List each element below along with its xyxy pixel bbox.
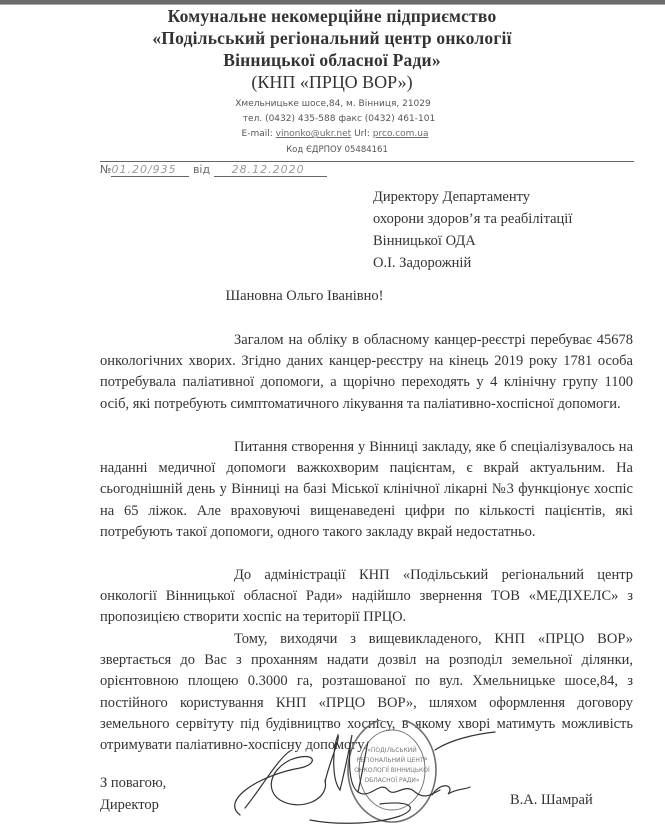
addressee-line: охорони здоров’я та реабілітації [373, 208, 572, 230]
letterhead-line-2: «Подільський регіональний центр онкологі… [0, 28, 665, 49]
reference-line: №01.20/935 від 28.12.2020 [100, 163, 327, 177]
letterhead-email-url: E-mail: vinonko@ukr.net Url: prco.com.ua [0, 129, 665, 139]
email-label: E-mail: [242, 129, 273, 139]
letterhead-abbreviation: (КНП «ПРЦО ВОР») [0, 72, 665, 93]
paragraph-text: Загалом на обліку в обласному канцер-реє… [100, 332, 633, 412]
addressee-line: Директору Департаменту [373, 186, 572, 208]
signatory-name: В.А. Шамрай [510, 792, 593, 809]
body-paragraph-2: Питання створення у Вінниці закладу, яке… [100, 437, 633, 543]
url-label: Url: [354, 129, 370, 139]
svg-text:ОБЛАСНОЇ РАДИ»: ОБЛАСНОЇ РАДИ» [364, 777, 419, 784]
addressee-line: О.І. Задорожній [373, 252, 572, 274]
letterhead-line-1: Комунальне некомерційне підприємство [0, 6, 665, 27]
ref-number-value: 01.20/935 [111, 163, 189, 177]
official-stamp-icon: «ПОДІЛЬСЬКИЙ РЕГІОНАЛЬНИЙ ЦЕНТР ОНКОЛОГІ… [348, 720, 436, 822]
svg-text:РЕГІОНАЛЬНИЙ ЦЕНТР: РЕГІОНАЛЬНИЙ ЦЕНТР [357, 757, 428, 764]
ref-number-label: № [100, 163, 111, 176]
email-link[interactable]: vinonko@ukr.net [276, 129, 352, 139]
body-paragraph-1: Загалом на обліку в обласному канцер-реє… [100, 330, 633, 415]
url-link[interactable]: prco.com.ua [373, 129, 429, 139]
letterhead-divider [100, 161, 634, 162]
svg-text:«ПОДІЛЬСЬКИЙ: «ПОДІЛЬСЬКИЙ [367, 747, 417, 754]
body-paragraph-3: До адміністрації КНП «Подільський регіон… [100, 565, 633, 629]
salutation: Шановна Ольго Іванівно! [0, 288, 637, 305]
ref-date-label: від [193, 163, 210, 176]
signature-and-stamp: «ПОДІЛЬСЬКИЙ РЕГІОНАЛЬНИЙ ЦЕНТР ОНКОЛОГІ… [220, 720, 500, 831]
closing-block: З повагою, Директор [100, 772, 166, 816]
paragraph-text: До адміністрації КНП «Подільський регіон… [100, 567, 633, 625]
letter-page: Комунальне некомерційне підприємство «По… [0, 0, 665, 831]
letterhead-address: Хмельницьке шосе,84, м. Вінниця, 21029 [0, 99, 665, 109]
closing-regards: З повагою, [100, 772, 166, 794]
paragraph-text: Питання створення у Вінниці закладу, яке… [100, 439, 633, 540]
svg-text:ОНКОЛОГІЇ ВІННИЦЬКОЇ: ОНКОЛОГІЇ ВІННИЦЬКОЇ [354, 767, 430, 774]
letterhead-line-3: Вінницької обласної Ради» [0, 50, 665, 71]
addressee-block: Директору Департаменту охорони здоров’я … [373, 186, 572, 274]
addressee-line: Вінницької ОДА [373, 230, 572, 252]
letterhead-edrpou: Код ЄДРПОУ 05484161 [0, 145, 665, 155]
closing-position: Директор [100, 794, 166, 816]
ref-date-value: 28.12.2020 [214, 163, 327, 177]
letterhead-phone: тел. (0432) 435-588 факс (0432) 461-101 [0, 114, 665, 124]
